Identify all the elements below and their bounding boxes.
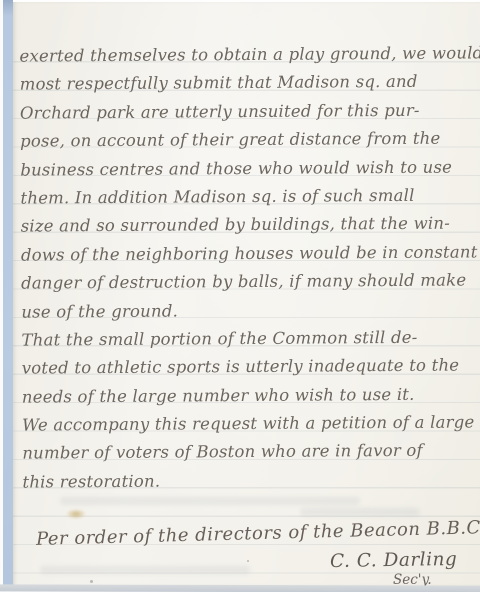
page-bottom-edge [0, 584, 480, 592]
manuscript-line: business centres and those who would wis… [20, 153, 474, 185]
paper-speck [90, 580, 93, 583]
ink-showthrough [40, 566, 250, 574]
manuscript-line: needs of the large number who wish to us… [22, 380, 476, 412]
manuscript-line: pose, on account of their great distance… [20, 125, 474, 157]
manuscript-line: danger of destruction by balls, if many … [21, 267, 475, 299]
paper-speck [247, 560, 249, 562]
paper-stain [66, 509, 86, 519]
manuscript-scan: exerted themselves to obtain a play grou… [0, 0, 480, 592]
adjacent-page-edge [3, 0, 13, 588]
manuscript-line: We accompany this request with a petitio… [22, 408, 476, 440]
manuscript-line: use of the ground. [21, 295, 475, 327]
manuscript-line: dows of the neighboring houses would be … [21, 238, 475, 270]
letter-body: exerted themselves to obtain a play grou… [19, 39, 476, 496]
ink-showthrough [300, 508, 420, 516]
manuscript-line: That the small portion of the Common sti… [21, 323, 475, 355]
manuscript-line: exerted themselves to obtain a play grou… [19, 39, 473, 71]
manuscript-line: size and so surrounded by buildings, tha… [21, 210, 475, 242]
manuscript-line: voted to athletic sports is utterly inad… [22, 352, 476, 384]
manuscript-line: most respectfully submit that Madison sq… [20, 68, 474, 100]
ink-showthrough [60, 497, 360, 505]
manuscript-line: this restoration. [22, 465, 476, 497]
signature: C. C. Darling [330, 549, 458, 572]
manuscript-line: Orchard park are utterly unsuited for th… [20, 96, 474, 128]
manuscript-line: number of voters of Boston who are in fa… [22, 437, 476, 469]
manuscript-line: them. In addition Madison sq. is of such… [20, 181, 474, 213]
page-top-edge [13, 0, 480, 2]
